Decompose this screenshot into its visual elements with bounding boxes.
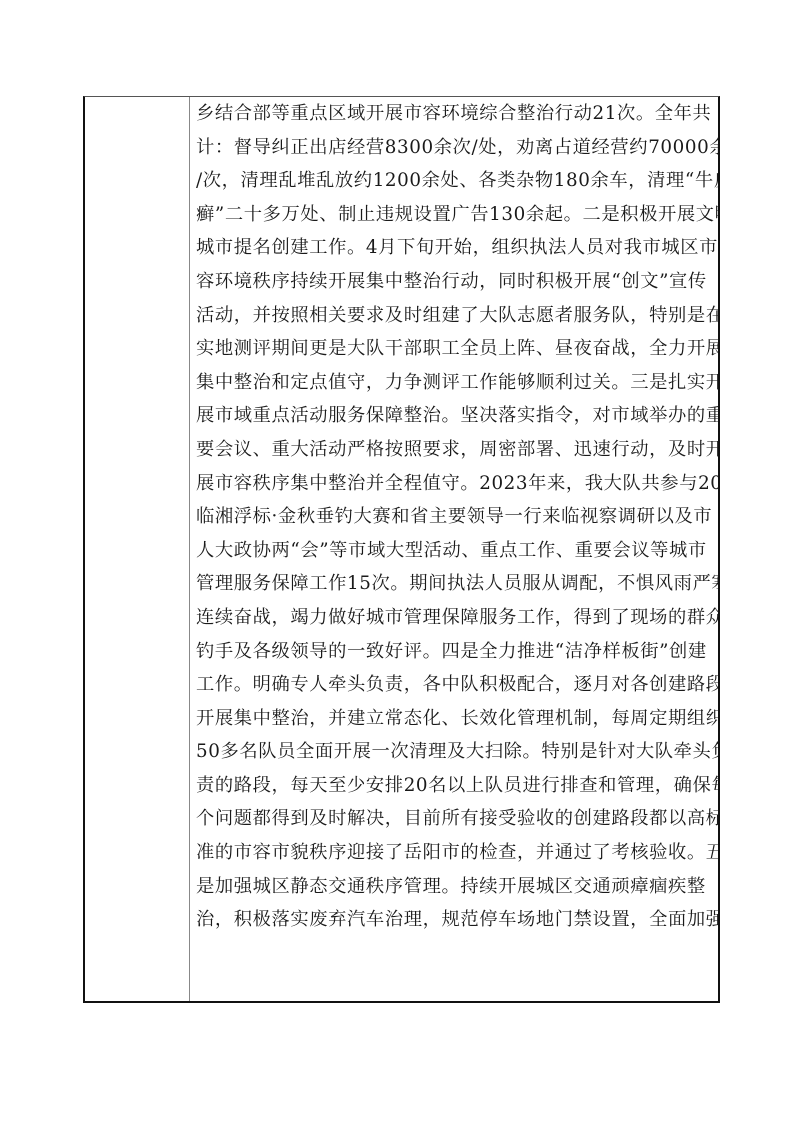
text-line: 是加强城区静态交通秩序管理。持续开展城区交通顽瘴痼疾整 (196, 870, 718, 904)
text-line: 个问题都得到及时解决，目前所有接受验收的创建路段都以高标 (196, 802, 718, 836)
text-line: 集中整治和定点值守，力争测评工作能够顺利过关。三是扎实开 (196, 366, 718, 400)
text-line: 开展集中整治，并建立常态化、长效化管理机制，每周定期组织 (196, 702, 718, 736)
text-line: 活动，并按照相关要求及时组建了大队志愿者服务队，特别是在 (196, 299, 718, 333)
text-line: 展市域重点活动服务保障整治。坚决落实指令，对市域举办的重 (196, 399, 718, 433)
table-left-cell (85, 97, 190, 1001)
text-line: 要会议、重大活动严格按照要求，周密部署、迅速行动，及时开 (196, 433, 718, 467)
text-line: 乡结合部等重点区域开展市容环境综合整治行动21次。全年共 (196, 97, 718, 131)
document-page: 乡结合部等重点区域开展市容环境综合整治行动21次。全年共 计：督导纠正出店经营8… (0, 0, 794, 1122)
text-line: 临湘浮标·金秋垂钓大赛和省主要领导一行来临视察调研以及市 (196, 500, 718, 534)
text-line: 实地测评期间更是大队干部职工全员上阵、昼夜奋战，全力开展 (196, 332, 718, 366)
text-line: 管理服务保障工作15次。期间执法人员服从调配，不惧风雨严寒， (196, 567, 718, 601)
text-line: 50多名队员全面开展一次清理及大扫除。特别是针对大队牵头负 (196, 735, 718, 769)
text-line: 容环境秩序持续开展集中整治行动，同时积极开展“创文”宣传 (196, 265, 718, 299)
text-line: 城市提名创建工作。4月下旬开始，组织执法人员对我市城区市 (196, 231, 718, 265)
text-line: 准的市容市貌秩序迎接了岳阳市的检查，并通过了考核验收。五 (196, 836, 718, 870)
report-table: 乡结合部等重点区域开展市容环境综合整治行动21次。全年共 计：督导纠正出店经营8… (83, 96, 720, 1003)
table-right-cell: 乡结合部等重点区域开展市容环境综合整治行动21次。全年共 计：督导纠正出店经营8… (190, 97, 718, 1001)
text-line: 工作。明确专人牵头负责，各中队积极配合，逐月对各创建路段 (196, 668, 718, 702)
text-line: 治，积极落实废弃汽车治理，规范停车场地门禁设置，全面加强 (196, 903, 718, 937)
text-line: /次，清理乱堆乱放约1200余处、各类杂物180余车，清理“牛皮 (196, 164, 718, 198)
text-line: 计：督导纠正出店经营8300余次/处，劝离占道经营约70000余人 (196, 131, 718, 165)
text-line: 人大政协两“会”等市域大型活动、重点工作、重要会议等城市 (196, 534, 718, 568)
text-line: 连续奋战，竭力做好城市管理保障服务工作，得到了现场的群众、 (196, 601, 718, 635)
text-line: 钓手及各级领导的一致好评。四是全力推进“洁净样板街”创建 (196, 635, 718, 669)
text-line: 癣”二十多万处、制止违规设置广告130余起。二是积极开展文明 (196, 198, 718, 232)
text-line: 责的路段，每天至少安排20名以上队员进行排查和管理，确保每 (196, 769, 718, 803)
text-line: 展市容秩序集中整治并全程值守。2023年来，我大队共参与2023 (196, 467, 718, 501)
